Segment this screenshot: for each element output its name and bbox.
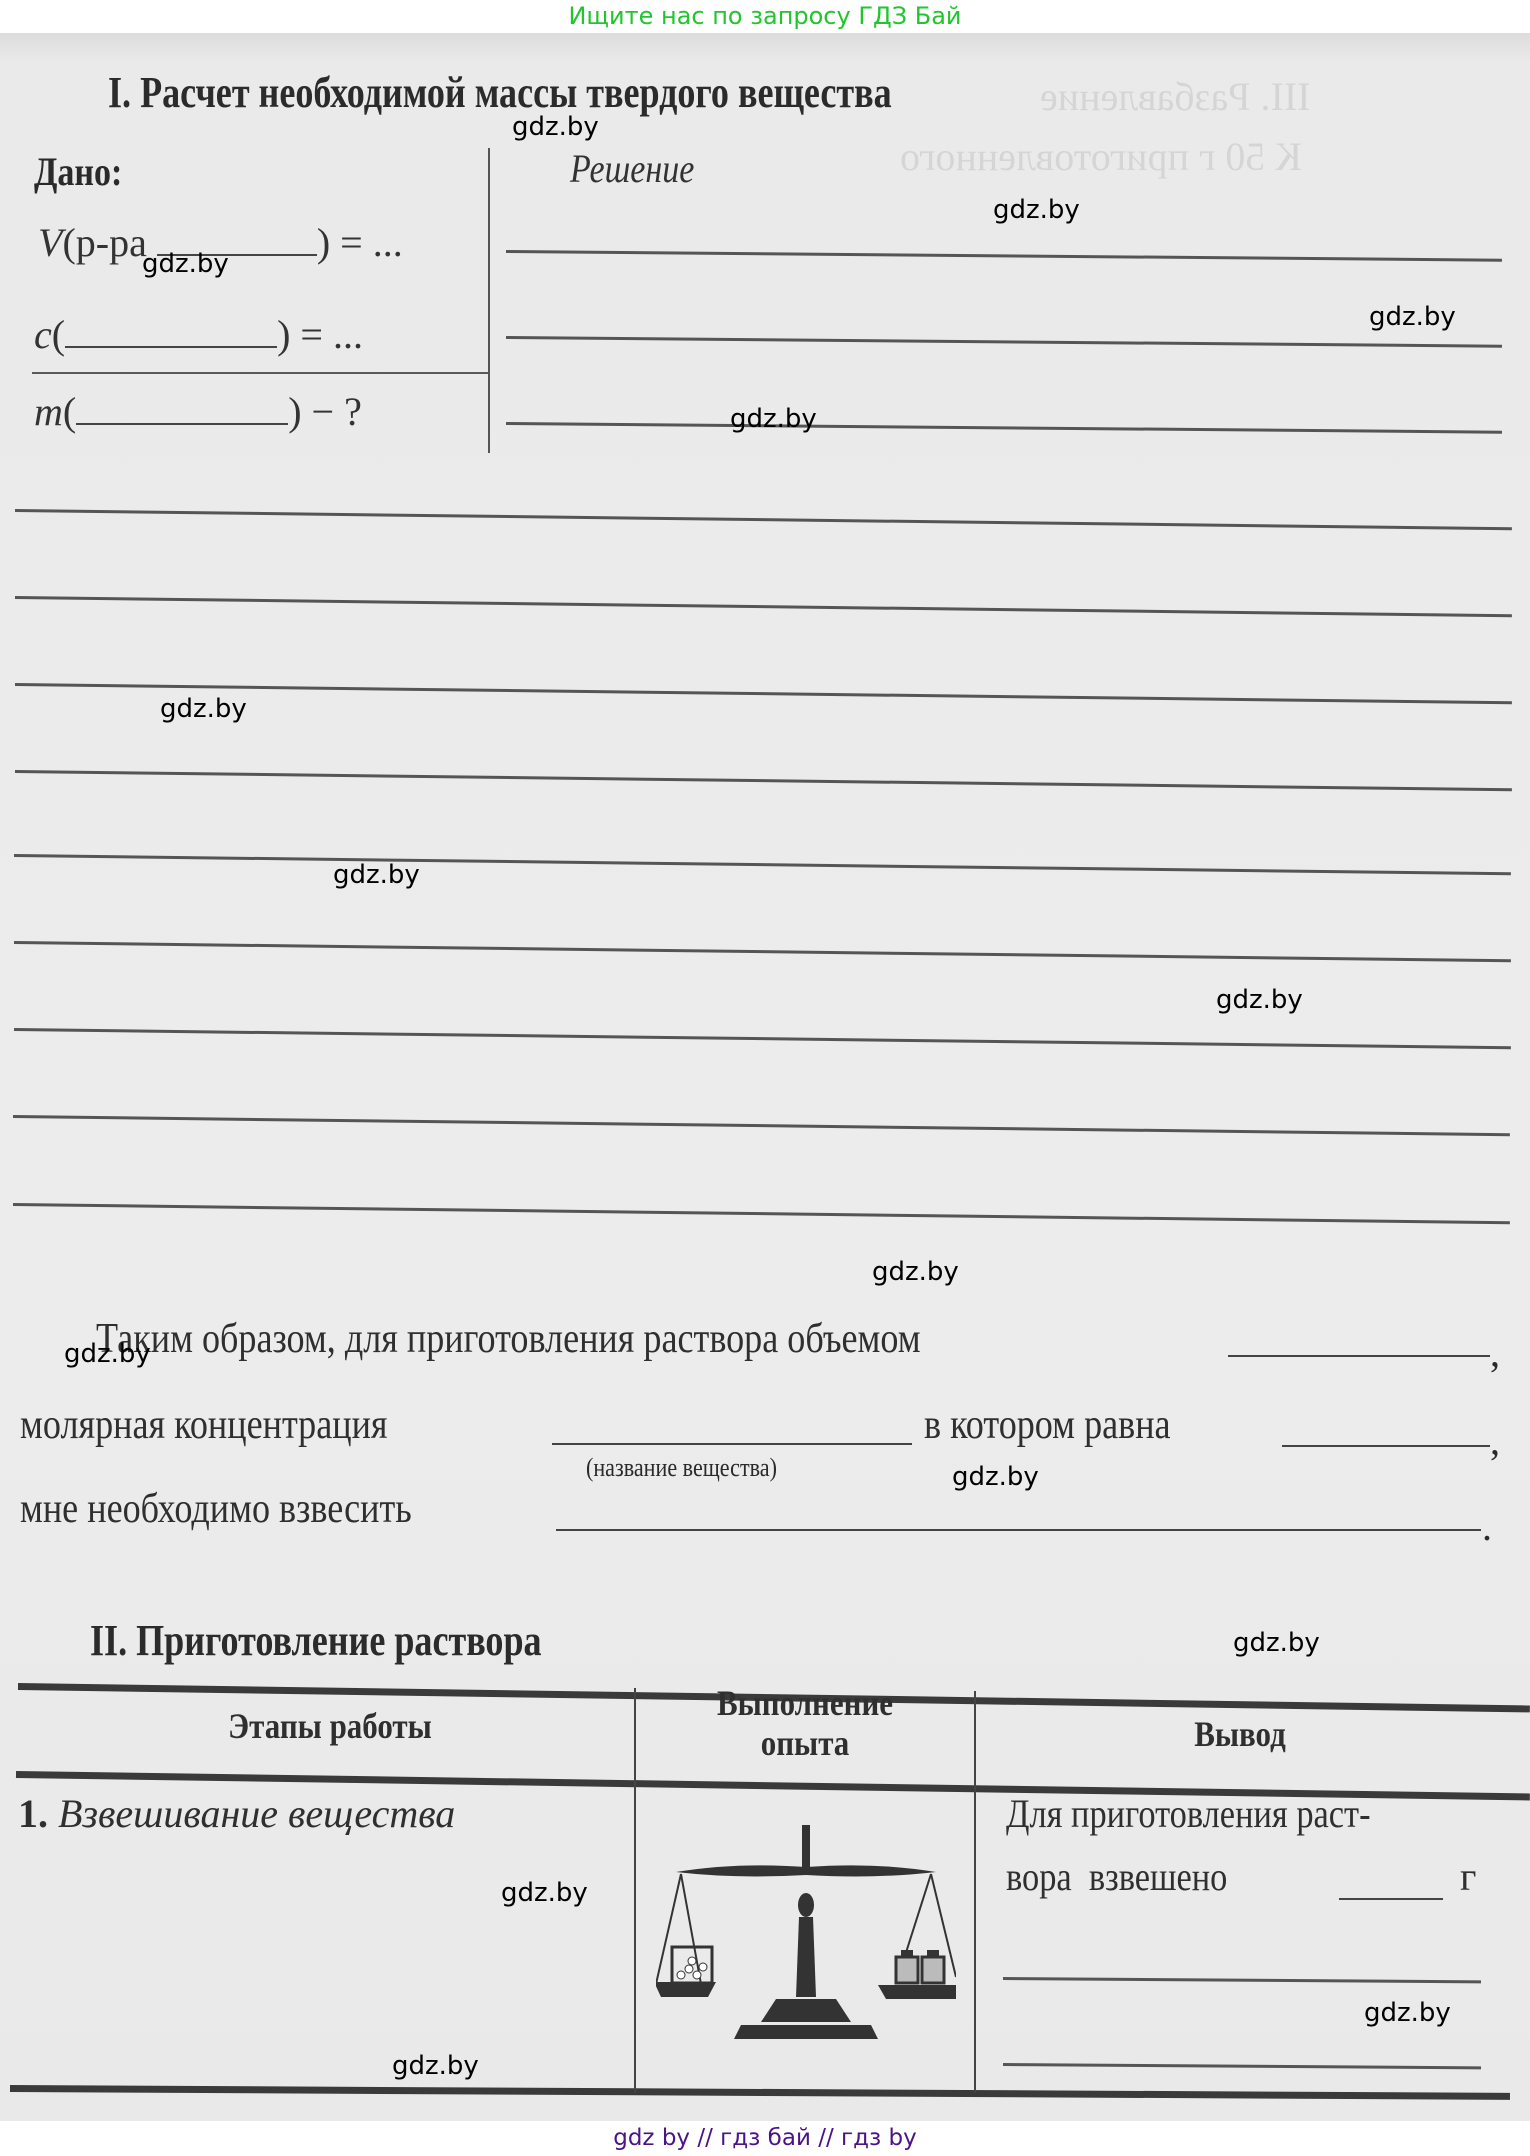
step-number: 1. bbox=[18, 1791, 48, 1836]
table-header-stages: Этапы работы bbox=[72, 1705, 588, 1747]
table-row-conclusion-line-2: вора взвешено bbox=[1006, 1853, 1227, 1900]
table-column-divider bbox=[634, 1688, 636, 2093]
substance-name-caption: (название вещества) bbox=[586, 1453, 777, 1483]
conclusion-text: Таким образом, для приготовления раствор… bbox=[96, 1316, 921, 1362]
watermark: gdz.by bbox=[64, 1339, 151, 1369]
bleed-through-text: III. Разбавление bbox=[1040, 73, 1311, 120]
mass-unit: г bbox=[1460, 1853, 1476, 1900]
volume-answer-blank[interactable] bbox=[1228, 1355, 1490, 1357]
writing-line[interactable] bbox=[13, 1115, 1510, 1136]
watermark: gdz.by bbox=[160, 694, 247, 724]
concentration-close: ) = ... bbox=[277, 312, 363, 357]
solution-line[interactable] bbox=[506, 336, 1502, 348]
writing-line[interactable] bbox=[14, 1028, 1511, 1049]
mass-answer-blank[interactable] bbox=[556, 1529, 1481, 1531]
mass-open: ( bbox=[63, 389, 76, 434]
table-row-conclusion-line-1: Для приготовления раст- bbox=[1006, 1790, 1371, 1837]
given-mass: m() − ? bbox=[34, 388, 362, 435]
mass-substance-blank[interactable] bbox=[76, 423, 288, 425]
table-header-execution: Выполнение опыта bbox=[663, 1683, 947, 1763]
conclusion-line-3: мне необходимо взвесить bbox=[20, 1485, 412, 1533]
balance-scale-icon bbox=[656, 1817, 956, 2047]
watermark: gdz.by bbox=[1369, 302, 1456, 332]
writing-line[interactable] bbox=[13, 1203, 1510, 1224]
watermark: gdz.by bbox=[1364, 1998, 1451, 2028]
given-solution-divider bbox=[488, 148, 490, 453]
writing-line[interactable] bbox=[14, 941, 1511, 962]
step-name: Взвешивание вещества bbox=[58, 1791, 455, 1836]
conclusion-line-2-start: молярная концентрация bbox=[20, 1401, 388, 1449]
bleed-through-text: К 50 г приготовленного bbox=[900, 133, 1302, 180]
weighed-mass-blank[interactable] bbox=[1339, 1898, 1443, 1900]
period: . bbox=[1482, 1503, 1492, 1550]
table-bottom-rule bbox=[10, 2085, 1510, 2100]
comma: , bbox=[1490, 1329, 1500, 1376]
concentration-open: ( bbox=[52, 312, 65, 357]
volume-close: ) = ... bbox=[317, 220, 403, 265]
table-column-divider bbox=[974, 1691, 976, 2093]
section-1-title: I. Расчет необходимой массы твердого вещ… bbox=[108, 67, 892, 118]
given-concentration: c() = ... bbox=[34, 311, 363, 358]
conclusion-line-2-mid: в котором равна bbox=[924, 1401, 1171, 1449]
watermark: gdz.by bbox=[392, 2051, 479, 2081]
table-header-conclusion: Вывод bbox=[1016, 1713, 1463, 1755]
comma: , bbox=[1490, 1417, 1500, 1464]
table-row-step: 1. Взвешивание вещества bbox=[18, 1790, 455, 1837]
watermark: gdz.by bbox=[872, 1257, 959, 1287]
worksheet-page: III. Разбавление К 50 г приготовленного … bbox=[0, 33, 1530, 2121]
solution-line[interactable] bbox=[506, 250, 1502, 262]
writing-line[interactable] bbox=[15, 596, 1512, 617]
watermark: gdz.by bbox=[142, 249, 229, 279]
solution-label: Решение bbox=[570, 145, 694, 192]
writing-line[interactable] bbox=[15, 770, 1512, 791]
watermark: gdz.by bbox=[1233, 1628, 1320, 1658]
search-banner: Ищите нас по запросу ГДЗ Бай bbox=[0, 0, 1530, 33]
concentration-answer-blank[interactable] bbox=[1282, 1445, 1490, 1447]
volume-symbol: V bbox=[38, 220, 62, 265]
conclusion-writing-line[interactable] bbox=[1003, 2063, 1481, 2069]
given-separator bbox=[32, 372, 488, 374]
section-2-title: II. Приготовление раствора bbox=[90, 1615, 542, 1666]
given-label: Дано: bbox=[34, 148, 122, 195]
mass-close: ) − ? bbox=[288, 389, 362, 434]
watermark: gdz.by bbox=[512, 112, 599, 142]
footer-banner: gdz by // гдз бай // гдз by bbox=[0, 2121, 1530, 2156]
mass-symbol: m bbox=[34, 389, 63, 434]
watermark: gdz.by bbox=[1216, 985, 1303, 1015]
watermark: gdz.by bbox=[501, 1878, 588, 1908]
writing-line[interactable] bbox=[15, 509, 1512, 530]
conclusion-line-1: Таким образом, для приготовления раствор… bbox=[96, 1315, 921, 1363]
watermark: gdz.by bbox=[993, 195, 1080, 225]
conclusion-writing-line[interactable] bbox=[1003, 1977, 1481, 1983]
substance-name-blank[interactable] bbox=[552, 1443, 912, 1445]
concentration-symbol: c bbox=[34, 312, 52, 357]
watermark: gdz.by bbox=[333, 860, 420, 890]
watermark: gdz.by bbox=[730, 404, 817, 434]
watermark: gdz.by bbox=[952, 1462, 1039, 1492]
writing-line[interactable] bbox=[14, 854, 1511, 875]
solution-line[interactable] bbox=[506, 422, 1502, 434]
concentration-substance-blank[interactable] bbox=[65, 346, 277, 348]
